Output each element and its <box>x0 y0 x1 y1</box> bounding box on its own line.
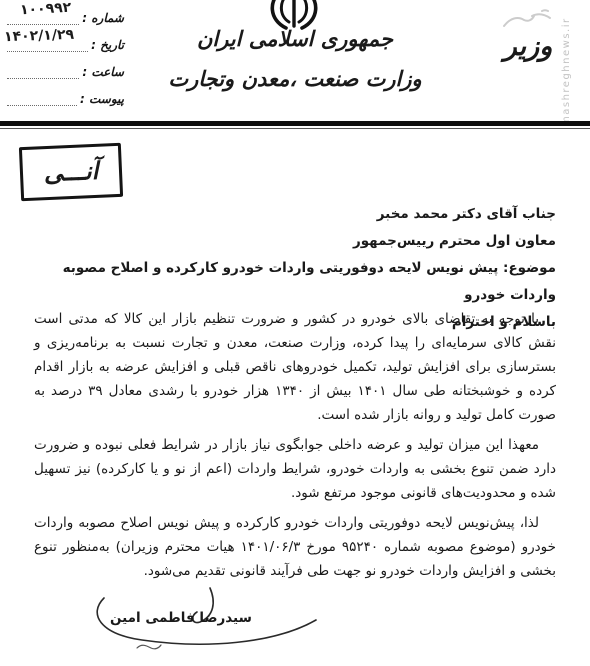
header-separator-thin <box>0 128 590 129</box>
iran-allah-emblem-icon <box>262 0 326 30</box>
handwritten-signature-icon <box>92 586 324 666</box>
number-label: شماره : <box>82 11 124 25</box>
site-watermark: mashreghnews.ir <box>561 6 572 126</box>
date-label: تاریخ : <box>91 38 124 52</box>
recipient-title: معاون اول محترم رییس‌جمهور <box>34 228 556 255</box>
letter-body: با توجه به تقاضای بالای خودرو در کشور و … <box>34 307 556 589</box>
body-paragraph-3: لذا، پیش‌نویس لایحه دوفوریتی واردات خودر… <box>34 511 556 583</box>
subject-line: موضوع: پیش نویس لایحه دوفوریتی واردات خو… <box>34 255 556 309</box>
header-separator-thick <box>0 121 590 126</box>
country-title: جمهوری اسلامی ایران <box>160 27 430 51</box>
scanned-letter-page: شماره : تاریخ : ساعت : پیوست : ۱۰۰۹۹۲ ۱۴… <box>0 0 590 666</box>
attachment-label: پیوست : <box>80 92 124 106</box>
time-dotted-line <box>7 65 79 79</box>
handwritten-letter-number: ۱۰۰۹۹۲ <box>20 0 72 18</box>
signature-block: سیدرضا فاطمی امین <box>92 586 324 666</box>
time-label: ساعت : <box>82 65 124 79</box>
signatory-name: سیدرضا فاطمی امین <box>110 610 252 626</box>
meta-fields-block: شماره : تاریخ : ساعت : پیوست : ۱۰۰۹۹۲ ۱۴… <box>4 4 124 112</box>
ministry-title: وزارت صنعت ،معدن وتجارت <box>130 67 460 91</box>
field-row-time: ساعت : <box>4 58 124 79</box>
body-paragraph-1: با توجه به تقاضای بالای خودرو در کشور و … <box>34 307 556 427</box>
field-row-attachment: پیوست : <box>4 85 124 106</box>
urgent-stamp: آنـــی <box>19 143 123 201</box>
recipient-name: جناب آقای دکتر محمد مخبر <box>34 201 556 228</box>
minister-title: وزیر <box>488 31 568 62</box>
handwritten-letter-date: ۱۴۰۲/۱/۲۹ <box>4 27 75 45</box>
faint-handwriting-icon <box>498 8 558 34</box>
attachment-dotted-line <box>7 92 77 106</box>
urgent-stamp-label: آنـــی <box>43 159 98 185</box>
body-paragraph-2: معهذا این میزان تولید و عرضه داخلی جوابگ… <box>34 433 556 505</box>
